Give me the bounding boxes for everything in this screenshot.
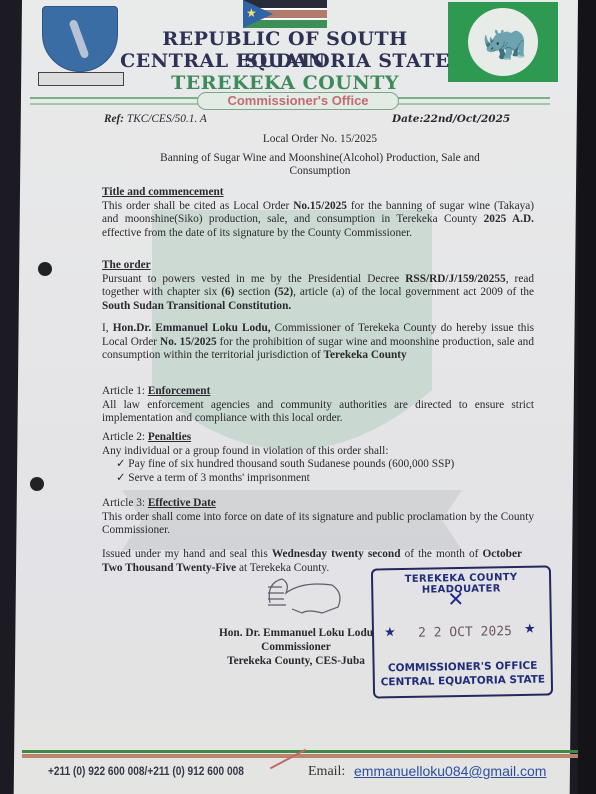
section-order: The order Pursuant to powers vested in m… [102, 259, 534, 313]
footer-email-link[interactable]: emmanuelloku084@gmail.com [354, 763, 546, 779]
order-number: Local Order No. 15/2025 [100, 133, 540, 147]
coat-of-arms-ribbon [38, 72, 124, 86]
section-commencement: Title and commencement This order shall … [102, 186, 534, 240]
punch-hole [38, 262, 52, 276]
signatory-title: Commissioner [196, 641, 396, 653]
rhino-flag-icon: 🦏 [448, 2, 558, 82]
penalty-item: Serve a term of 3 months' imprisonment [116, 472, 534, 486]
order-subject-line-2: Consumption [100, 165, 540, 179]
stamp-bottom-text-1: COMMISSIONER'S OFFICE [375, 659, 551, 674]
photo-edge [578, 0, 596, 794]
section-heading: Title and commencement [102, 186, 534, 200]
star-icon: ★ [384, 625, 396, 640]
office-label: Commissioner's Office [197, 92, 399, 110]
crossed-spear-bow-icon: ✕ [447, 587, 464, 611]
footer-phone: +211 (0) 922 600 008/+211 (0) 912 600 00… [48, 766, 244, 778]
signatory-location: Terekeka County, CES-Juba [196, 655, 396, 667]
official-stamp: TEREKEKA COUNTY HEADQUATER ✕ ★ 2 2 OCT 2… [371, 565, 553, 698]
signature-icon [262, 573, 346, 623]
order-declaration: I, Hon.Dr. Emmanuel Loku Lodu, Commissio… [102, 322, 534, 363]
star-icon: ★ [524, 622, 536, 637]
section-heading: The order [102, 259, 534, 273]
article-1: Article 1: Enforcement All law enforceme… [102, 385, 534, 426]
south-sudan-flag-icon: ★ [243, 0, 327, 28]
stamp-bottom-text-2: CENTRAL EQUATORIA STATE [375, 673, 551, 688]
article-2: Article 2: Penalties Any individual or a… [102, 431, 534, 485]
signatory-name: Hon. Dr. Emmanuel Loku Lodu [196, 627, 396, 639]
penalty-item: Pay fine of six hundred thousand south S… [116, 458, 534, 472]
footer-email-label: Email: [308, 764, 345, 780]
punch-hole [30, 477, 44, 491]
reference-number: Ref: TKC/CES/50.1. A [104, 113, 207, 127]
letterhead-state: CENTRAL EQUATORIA STATE [120, 50, 450, 72]
letterhead-county: TEREKEKA COUNTY [120, 72, 450, 94]
order-subject-line-1: Banning of Sugar Wine and Moonshine(Alco… [100, 152, 540, 166]
article-3: Article 3: Effective Date This order sha… [102, 497, 534, 538]
document-date: Date:22nd/Oct/2025 [392, 113, 510, 127]
stamp-date: 2 2 OCT 2025 [418, 624, 512, 641]
